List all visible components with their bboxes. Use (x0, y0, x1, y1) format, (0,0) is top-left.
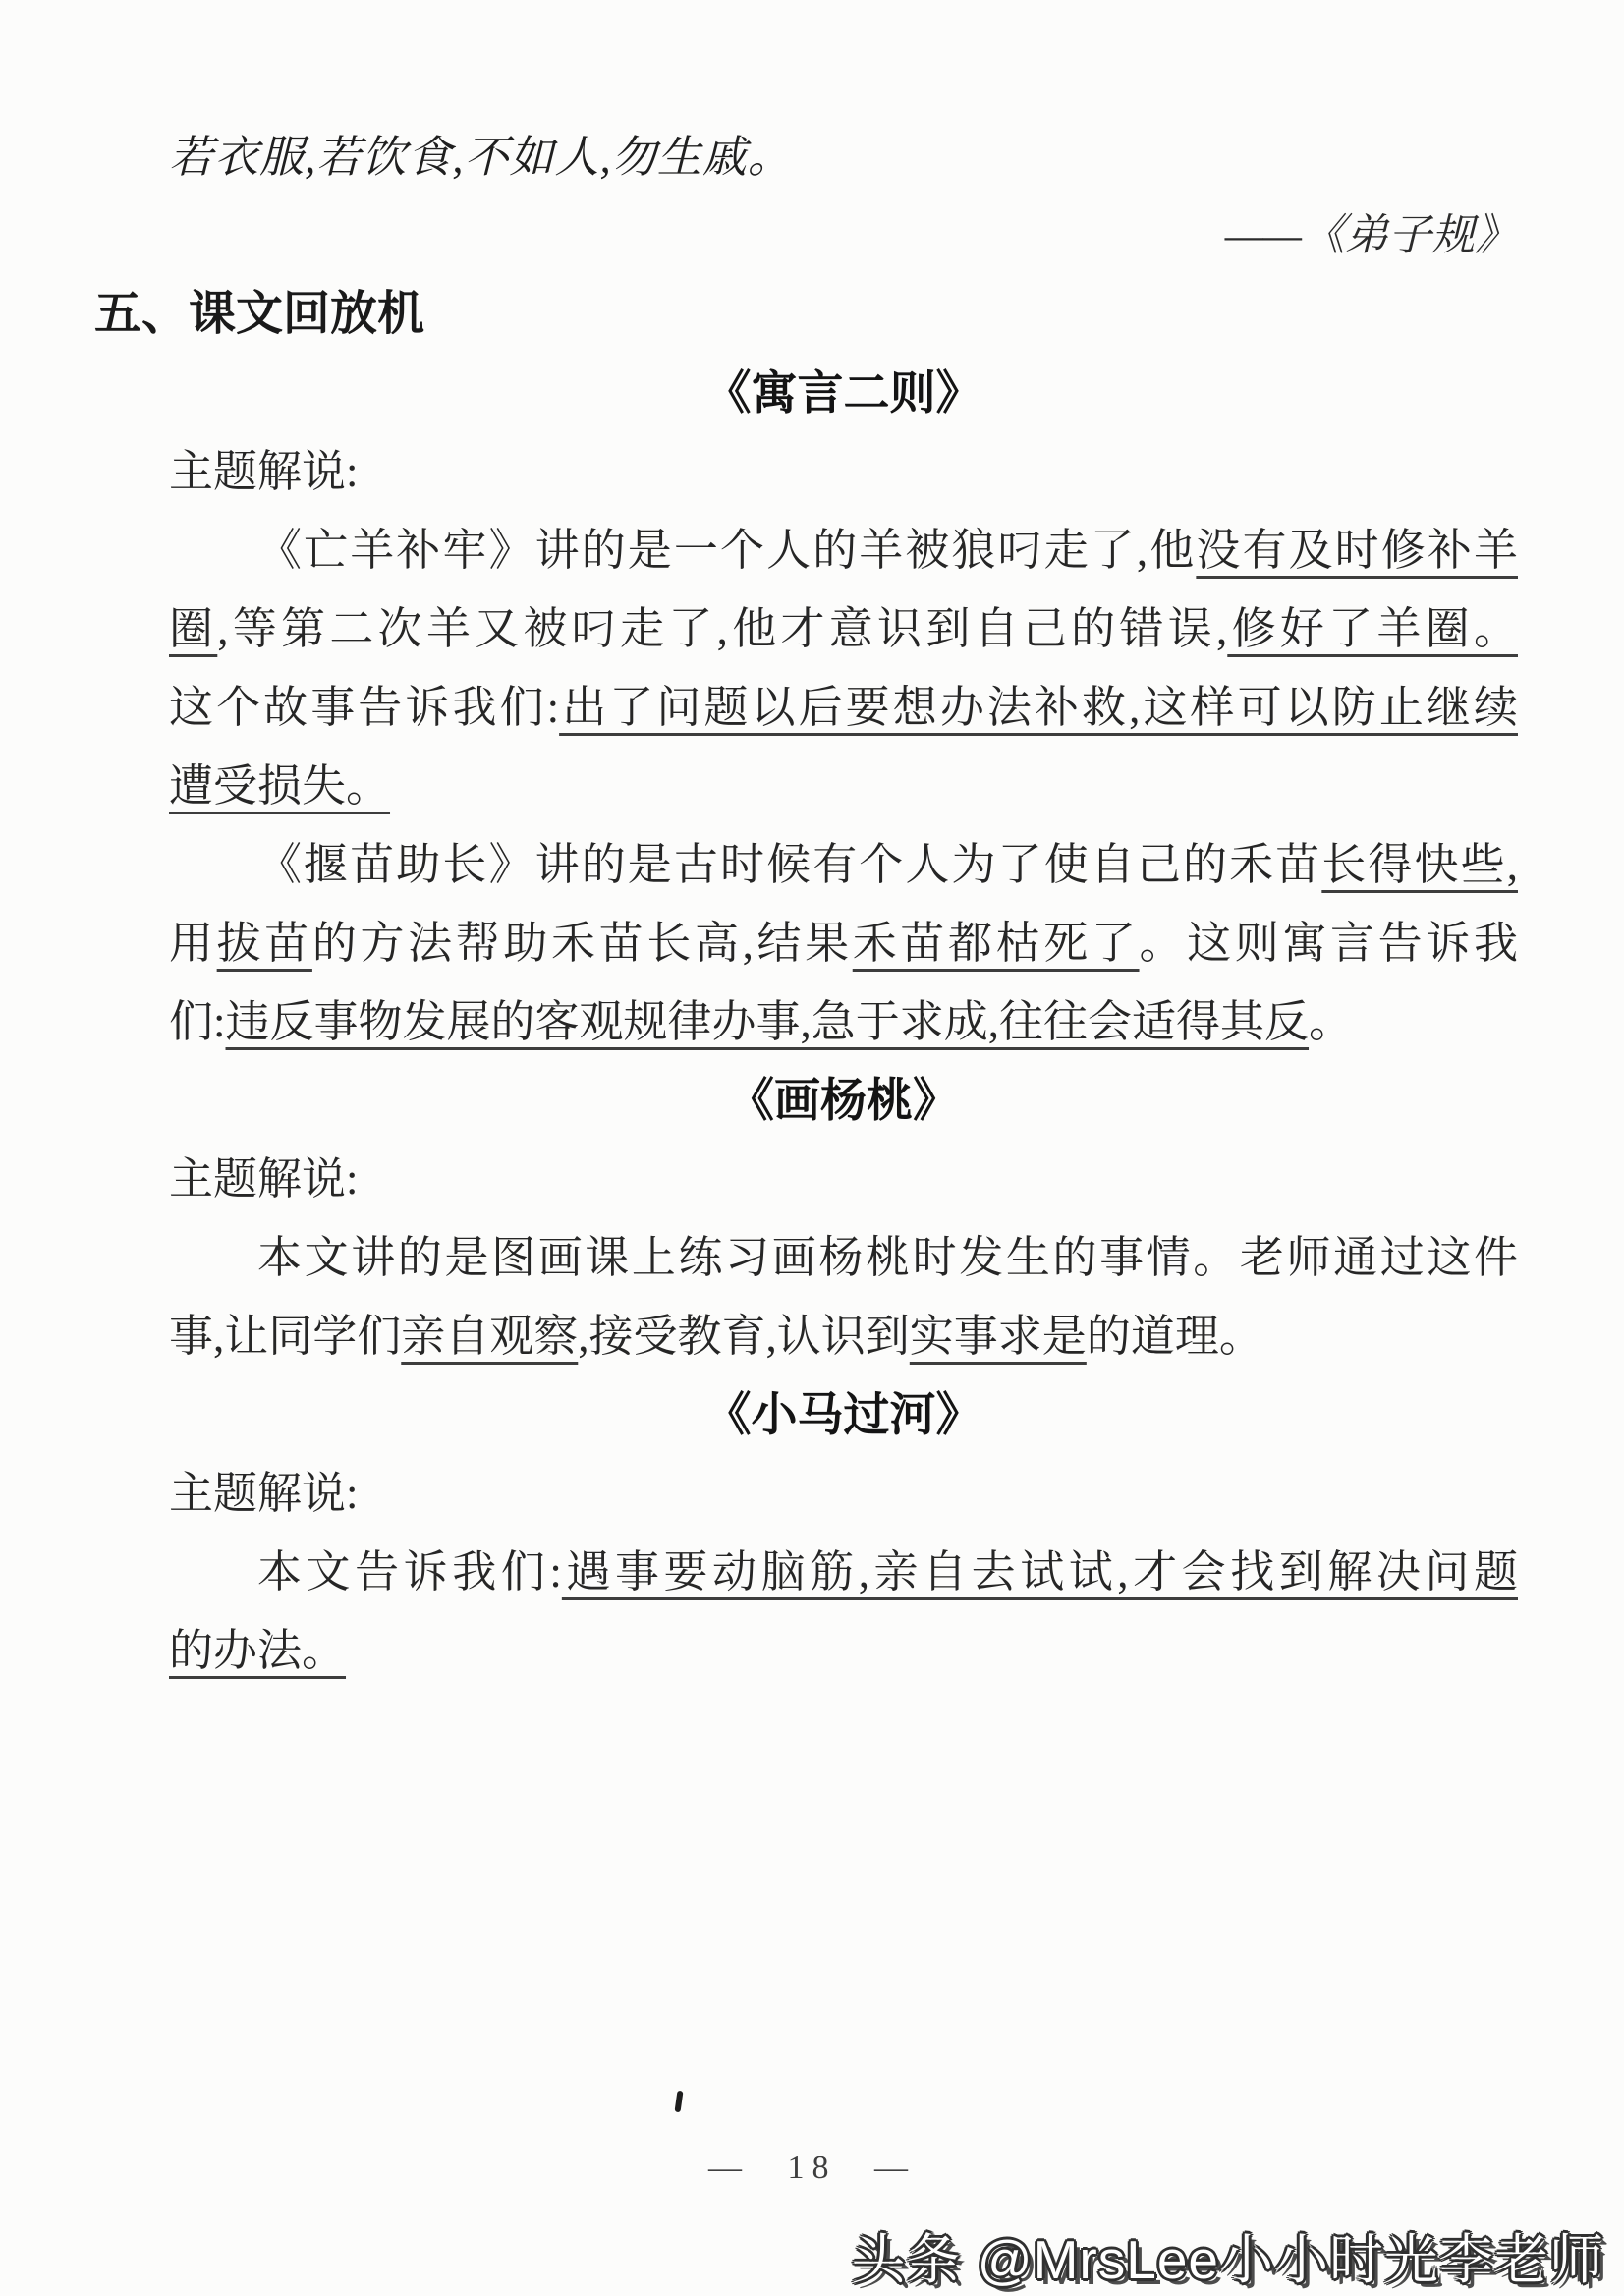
text-segment: 。 (1309, 997, 1353, 1046)
underlined-segment: 长得快些, (1321, 840, 1518, 889)
body-line: 这个故事告诉我们:出了问题以后要想办法补救,这样可以防止继续 (169, 668, 1518, 747)
body-line: 《揠苗助长》讲的是古时候有个人为了使自己的禾苗长得快些, (169, 825, 1518, 904)
quote-line: 若衣服,若饮食,不如人,勿生戚。 (169, 118, 1518, 196)
scan-artifact-mark (674, 2091, 683, 2113)
body-line: 圈,等第二次羊又被叼走了,他才意识到自己的错误,修好了羊圈。 (169, 589, 1518, 668)
underlined-segment: 遭受损失。 (169, 761, 390, 811)
theme-label: 主题解说: (169, 432, 1518, 511)
text-segment: 的方法帮助禾苗长高,结果 (312, 919, 853, 968)
quote-source: ——《弟子规》 (169, 196, 1518, 275)
body-line: 本文告诉我们:遇事要动脑筋,亲自去试试,才会找到解决问题 (169, 1533, 1518, 1611)
text-segment: ,等第二次羊又被叼走了,他才意识到自己的错误, (217, 604, 1227, 653)
watermark: 头条 @MrsLee小小时光李老师 (851, 2216, 1604, 2294)
text-segment: 主题解说: (169, 447, 359, 496)
text-segment: 本文告诉我们: (257, 1547, 562, 1596)
body-line: 的办法。 (169, 1611, 1518, 1690)
underlined-segment: 的办法。 (169, 1626, 346, 1675)
text-segment: 《寓言二则》 (705, 366, 982, 419)
body-line: 本文讲的是图画课上练习画杨桃时发生的事情。老师通过这件 (169, 1218, 1518, 1297)
underlined-segment: 遇事要动脑筋,亲自去试试,才会找到解决问题 (562, 1547, 1518, 1596)
text-segment: 本文讲的是图画课上练习画杨桃时发生的事情。老师通过这件 (257, 1233, 1518, 1282)
underlined-segment: 实事求是 (910, 1312, 1087, 1361)
text-segment: 五、课文回放机 (94, 288, 424, 340)
body-line: 事,让同学们亲自观察,接受教育,认识到实事求是的道理。 (169, 1297, 1518, 1375)
text-segment: 《小马过河》 (705, 1388, 982, 1440)
section-heading: 五、课文回放机 (94, 275, 1518, 354)
text-segment: 这个故事告诉我们: (169, 683, 559, 732)
underlined-segment: 拔苗 (217, 919, 312, 968)
lesson-title: 《小马过河》 (169, 1375, 1518, 1454)
body-line: 《亡羊补牢》讲的是一个人的羊被狼叼走了,他没有及时修补羊 (169, 511, 1518, 589)
text-segment: 《画杨桃》 (728, 1074, 959, 1126)
lesson-title: 《寓言二则》 (169, 354, 1518, 432)
text-segment: 用 (169, 919, 217, 968)
body-line: 们:违反事物发展的客观规律办事,急于求成,往往会适得其反。 (169, 982, 1518, 1061)
text-segment: 《亡羊补牢》讲的是一个人的羊被狼叼走了,他 (257, 526, 1196, 575)
body-line: 用拔苗的方法帮助禾苗长高,结果禾苗都枯死了。这则寓言告诉我 (169, 904, 1518, 982)
underlined-segment: 圈 (169, 604, 217, 653)
underlined-segment: 违反事物发展的客观规律办事,急于求成,往往会适得其反 (226, 997, 1310, 1046)
theme-label: 主题解说: (169, 1454, 1518, 1533)
text-segment: 《揠苗助长》讲的是古时候有个人为了使自己的禾苗 (257, 840, 1321, 889)
text-segment: 主题解说: (169, 1469, 359, 1518)
body-line: 遭受损失。 (169, 747, 1518, 825)
text-segment: 。这则寓言告诉我 (1140, 919, 1518, 968)
underlined-segment: 禾苗都枯死了 (853, 919, 1140, 968)
lesson-title: 《画杨桃》 (169, 1061, 1518, 1140)
text-lines: 若衣服,若饮食,不如人,勿生戚。——《弟子规》五、课文回放机《寓言二则》主题解说… (169, 118, 1518, 1690)
document-page: 若衣服,若饮食,不如人,勿生戚。——《弟子规》五、课文回放机《寓言二则》主题解说… (0, 0, 1624, 2296)
theme-label: 主题解说: (169, 1140, 1518, 1218)
text-segment: 的道理。 (1087, 1312, 1263, 1361)
underlined-segment: 亲自观察 (401, 1312, 578, 1361)
underlined-segment: 修好了羊圈。 (1227, 604, 1518, 653)
text-segment: ——《弟子规》 (1225, 211, 1518, 259)
page-number: — 18 — (0, 2150, 1624, 2187)
underlined-segment: 没有及时修补羊 (1196, 526, 1518, 575)
text-segment: 主题解说: (169, 1154, 359, 1204)
text-segment: ,接受教育,认识到 (578, 1312, 910, 1361)
text-segment: 若衣服,若饮食,不如人,勿生戚。 (169, 133, 793, 182)
text-segment: 事,让同学们 (169, 1312, 401, 1361)
text-segment: 们: (169, 997, 226, 1046)
underlined-segment: 出了问题以后要想办法补救,这样可以防止继续 (559, 683, 1518, 732)
